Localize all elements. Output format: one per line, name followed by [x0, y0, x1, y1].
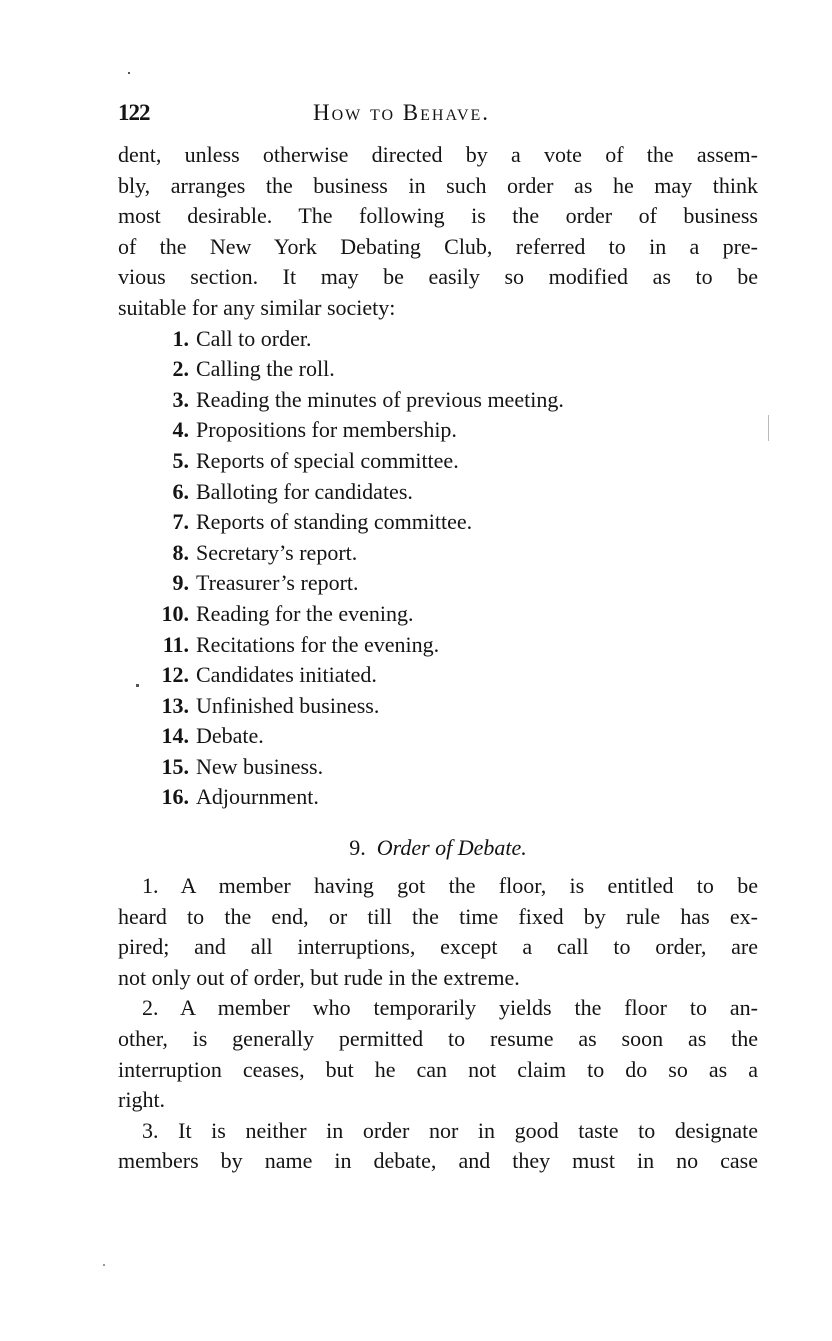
item-text: Adjournment. [196, 782, 319, 813]
item-text: Reading for the evening. [196, 599, 414, 630]
running-title: How to Behave. [313, 100, 490, 126]
item-number: 13. [118, 691, 196, 722]
item-number: 15. [118, 752, 196, 783]
page-number: 122 [118, 100, 150, 126]
item-text: Calling the roll. [196, 354, 335, 385]
text-line: 1. A member having got the floor, is ent… [118, 871, 758, 902]
item-number: 2. [118, 354, 196, 385]
item-number: 7. [118, 507, 196, 538]
item-text: Treasurer’s report. [196, 568, 359, 599]
list-item: 11.Recitations for the evening. [118, 630, 758, 661]
running-head: 122 How to Behave. [118, 100, 758, 140]
item-number: 11. [118, 630, 196, 661]
list-item: 7.Reports of standing committee. [118, 507, 758, 538]
text-line: dent, unless otherwise directed by a vot… [118, 140, 758, 171]
rule-paragraph: 3. It is neither in order nor in good ta… [118, 1116, 758, 1177]
item-text: Candidates initiated. [196, 660, 377, 691]
item-number: 6. [118, 477, 196, 508]
text-line: heard to the end, or till the time fixed… [118, 902, 758, 933]
item-number: 3. [118, 385, 196, 416]
text-line: 2. A member who temporarily yields the f… [118, 993, 758, 1024]
list-item: 5.Reports of special committee. [118, 446, 758, 477]
item-text: New business. [196, 752, 323, 783]
section-title: Order of Debate. [377, 835, 527, 860]
item-number: 4. [118, 415, 196, 446]
scan-speck [128, 72, 130, 74]
list-item: 6.Balloting for candidates. [118, 477, 758, 508]
item-number: 14. [118, 721, 196, 752]
text-line: not only out of order, but rude in the e… [118, 963, 758, 994]
item-number: 9. [118, 568, 196, 599]
list-item: 12.Candidates initiated. [118, 660, 758, 691]
list-item: 13.Unfinished business. [118, 691, 758, 722]
item-number: 10. [118, 599, 196, 630]
item-text: Call to order. [196, 324, 311, 355]
list-item: 10.Reading for the evening. [118, 599, 758, 630]
text-line: interruption ceases, but he can not clai… [118, 1055, 758, 1086]
list-item: 4.Propositions for membership. [118, 415, 758, 446]
list-item: 3.Reading the minutes of previous meetin… [118, 385, 758, 416]
section-heading: 9. Order of Debate. [118, 833, 758, 863]
text-line: 3. It is neither in order nor in good ta… [118, 1116, 758, 1147]
list-item: 16.Adjournment. [118, 782, 758, 813]
list-item: 15.New business. [118, 752, 758, 783]
list-item: 8.Secretary’s report. [118, 538, 758, 569]
scan-mark [768, 415, 769, 441]
text-line: suitable for any similar society: [118, 293, 758, 324]
item-number: 12. [118, 660, 196, 691]
text-line: of the New York Debating Club, referred … [118, 232, 758, 263]
list-item: 1.Call to order. [118, 324, 758, 355]
text-line: vious section. It may be easily so modif… [118, 262, 758, 293]
intro-paragraph: dent, unless otherwise directed by a vot… [118, 140, 758, 324]
item-text: Unfinished business. [196, 691, 379, 722]
item-number: 1. [118, 324, 196, 355]
text-line: members by name in debate, and they must… [118, 1146, 758, 1177]
text-line: right. [118, 1085, 758, 1116]
list-item: 9.Treasurer’s report. [118, 568, 758, 599]
rule-paragraph: 2. A member who temporarily yields the f… [118, 993, 758, 1115]
text-line: pired; and all interruptions, except a c… [118, 932, 758, 963]
list-item: 14.Debate. [118, 721, 758, 752]
item-number: 5. [118, 446, 196, 477]
item-text: Secretary’s report. [196, 538, 357, 569]
item-text: Reports of standing committee. [196, 507, 472, 538]
text-line: most desirable. The following is the ord… [118, 201, 758, 232]
item-number: 8. [118, 538, 196, 569]
item-text: Reading the minutes of previous meeting. [196, 385, 564, 416]
scan-speck [136, 684, 139, 687]
item-text: Reports of special committee. [196, 446, 459, 477]
item-text: Debate. [196, 721, 264, 752]
section-number: 9. [349, 835, 366, 860]
item-text: Balloting for candidates. [196, 477, 413, 508]
order-of-business-list: 1.Call to order. 2.Calling the roll. 3.R… [118, 324, 758, 814]
item-number: 16. [118, 782, 196, 813]
item-text: Recitations for the evening. [196, 630, 439, 661]
scan-speck [103, 1264, 105, 1266]
book-page: 122 How to Behave. dent, unless otherwis… [118, 100, 758, 1177]
list-item: 2.Calling the roll. [118, 354, 758, 385]
rule-paragraph: 1. A member having got the floor, is ent… [118, 871, 758, 993]
item-text: Propositions for membership. [196, 415, 457, 446]
text-line: bly, arranges the business in such order… [118, 171, 758, 202]
text-line: other, is generally permitted to resume … [118, 1024, 758, 1055]
